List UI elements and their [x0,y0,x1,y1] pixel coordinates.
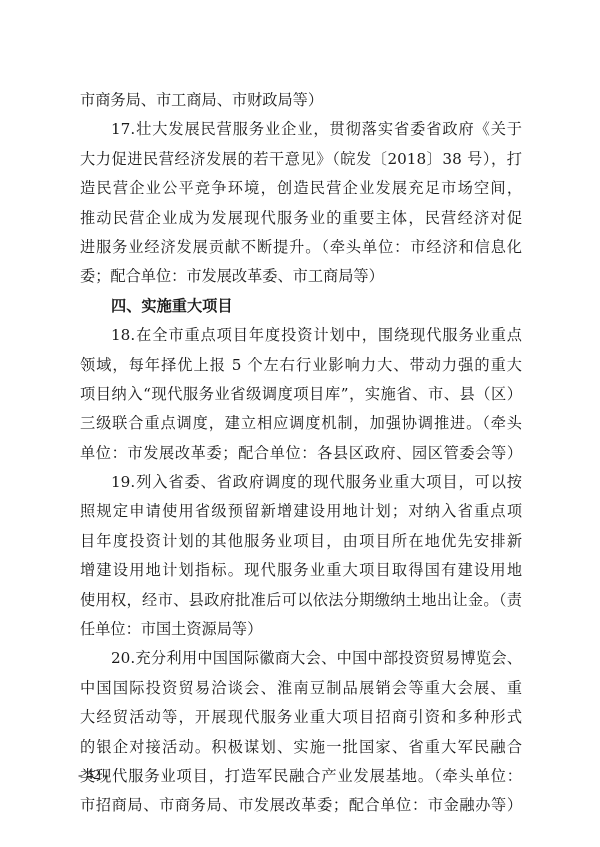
text-line: 委；配合单位：市发展改革委、市工商局等） [80,262,522,291]
text-line: 大力促进民营经济发展的若干意见》（皖发〔2018〕38 号），打 [80,145,522,174]
text-line: 市招商局、市商务局、市发展改革委；配合单位：市金融办等） [80,791,522,820]
text-line: 中国国际投资贸易洽谈会、淮南豆制品展销会等重大会展、重 [80,674,522,703]
text-line: 18.在全市重点项目年度投资计划中，围绕现代服务业重点 [80,321,522,350]
text-line: 20.充分利用中国国际徽商大会、中国中部投资贸易博览会、 [80,644,522,673]
text-line: 市商务局、市工商局、市财政局等） [80,86,522,115]
section-heading: 四、实施重大项目 [80,292,522,321]
text-line: 照规定申请使用省级预留新增建设用地计划；对纳入省重点项 [80,497,522,526]
text-line: 目年度投资计划的其他服务业项目，由项目所在地优先安排新 [80,527,522,556]
body-text: 市商务局、市工商局、市财政局等）17.壮大发展民营服务业企业，贯彻落实省委省政府… [80,86,522,821]
text-line: 进服务业经济发展贡献不断提升。（牵头单位：市经济和信息化 [80,233,522,262]
text-line: 增建设用地计划指标。现代服务业重大项目取得国有建设用地 [80,556,522,585]
text-line: 单位：市发展改革委；配合单位：各县区政府、园区管委会等） [80,439,522,468]
text-line: 类现代服务业项目，打造军民融合产业发展基地。（牵头单位： [80,762,522,791]
text-line: 使用权，经市、县政府批准后可以依法分期缴纳土地出让金。（责 [80,586,522,615]
text-line: 任单位：市国土资源局等） [80,615,522,644]
text-line: 造民营企业公平竞争环境，创造民营企业发展充足市场空间， [80,174,522,203]
text-line: 领域，每年择优上报 5 个左右行业影响力大、带动力强的重大 [80,351,522,380]
text-line: 大经贸活动等，开展现代服务业重大项目招商引资和多种形式 [80,703,522,732]
text-line: 项目纳入“现代服务业省级调度项目库”，实施省、市、县（区） [80,380,522,409]
text-line: 三级联合重点调度，建立相应调度机制，加强协调推进。（牵头 [80,409,522,438]
page-number: - 42 - [78,768,108,784]
text-line: 的银企对接活动。积极谋划、实施一批国家、省重大军民融合 [80,733,522,762]
text-line: 17.壮大发展民营服务业企业，贯彻落实省委省政府《关于 [80,115,522,144]
text-line: 推动民营企业成为发展现代服务业的重要主体，民营经济对促 [80,204,522,233]
text-line: 19.列入省委、省政府调度的现代服务业重大项目，可以按 [80,468,522,497]
document-page: 市商务局、市工商局、市财政局等）17.壮大发展民营服务业企业，贯彻落实省委省政府… [0,0,600,847]
